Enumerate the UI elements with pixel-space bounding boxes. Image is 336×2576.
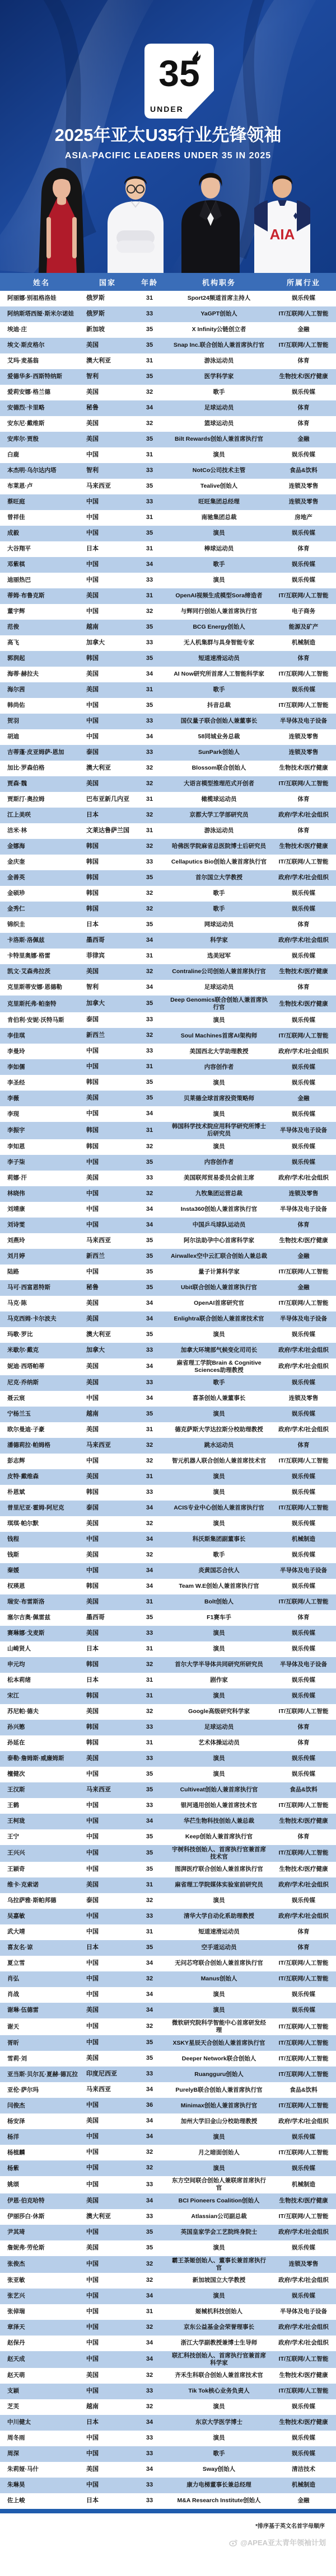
- cell-country: 中国: [83, 1818, 132, 1825]
- cell-age: 31: [132, 1692, 167, 1700]
- cell-age: 34: [132, 1221, 167, 1229]
- cell-age: 31: [132, 1063, 167, 1071]
- cell-country: 美国: [83, 420, 132, 428]
- cell-position: 贝莱德全球首席投资策略师: [167, 1094, 271, 1103]
- cell-age: 32: [132, 1442, 167, 1450]
- cell-country: 加拿大: [83, 1000, 132, 1008]
- cell-name: 李圣经: [0, 1079, 83, 1087]
- table-row: 安库尔·贾殷 美国 35 Bilt Rewards创始人兼首席执行官 金融: [0, 432, 336, 447]
- cell-name: 钱程: [0, 1536, 83, 1543]
- cell-age: 33: [132, 2181, 167, 2189]
- cell-age: 33: [132, 2497, 167, 2505]
- table-row: 克里斯蒂安娜·恩德勒 智利 34 足球运动员 体育: [0, 980, 336, 996]
- cell-age: 32: [132, 2023, 167, 2031]
- cell-name: 林晓伟: [0, 1190, 83, 1197]
- cell-name: 秦媛: [0, 1567, 83, 1574]
- cell-country: 日本: [83, 545, 132, 553]
- cell-industry: 娱乐传媒: [271, 1551, 336, 1559]
- cell-name: 亚伦·萨尔玛: [0, 2087, 83, 2094]
- cell-age: 34: [132, 937, 167, 945]
- cell-country: 日本: [83, 1677, 132, 1685]
- cell-industry: 体育: [271, 655, 336, 662]
- cell-position: 演员: [167, 1409, 271, 1419]
- cell-name: 申元均: [0, 1661, 83, 1668]
- cell-industry: 机械制造: [271, 2181, 336, 2188]
- cell-country: 中国: [83, 1190, 132, 1198]
- cell-country: 韩国: [83, 905, 132, 913]
- cell-name: 尼克·乔纳斯: [0, 1379, 83, 1386]
- cell-age: 34: [132, 2197, 167, 2205]
- cell-name: 金秀仁: [0, 905, 83, 913]
- column-header-name: 姓名: [0, 277, 83, 287]
- cell-age: 31: [132, 1881, 167, 1889]
- cell-industry: 食品&饮料: [271, 2087, 336, 2094]
- cell-country: 中国: [83, 1536, 132, 1544]
- cell-country: 中国: [83, 2023, 132, 2031]
- cell-country: 中国: [83, 1457, 132, 1465]
- cell-country: 韩国: [83, 1079, 132, 1087]
- cell-country: 中国: [83, 2181, 132, 2189]
- cell-age: 33: [132, 639, 167, 647]
- cell-country: 日本: [83, 1944, 132, 1952]
- column-header-position: 机构职务: [167, 277, 271, 287]
- cell-age: 35: [132, 2244, 167, 2252]
- cell-industry: 生物技术/医疗健康: [271, 1866, 336, 1873]
- table-row: 胥昕 中国 35 XSKY星辰天合创始人兼首席执行官 IT/互联网/人工智能: [0, 2035, 336, 2051]
- cell-name: 潘德莉拉·帕姆格: [0, 1442, 83, 1449]
- cell-name: 爱莉安娜·格兰德: [0, 389, 83, 396]
- cell-country: 美国: [83, 1473, 132, 1481]
- cell-industry: 娱乐传媒: [271, 389, 336, 396]
- cell-age: 32: [132, 780, 167, 788]
- cell-name: 张亚敏: [0, 2277, 83, 2284]
- cell-position: 歌手: [167, 1550, 271, 1560]
- cell-country: 智利: [83, 467, 132, 475]
- cell-name: 海蒂·赫拉夫: [0, 671, 83, 678]
- cell-industry: IT/互联网/人工智能: [271, 1598, 336, 1606]
- cell-age: 34: [132, 1818, 167, 1825]
- cell-industry: 电子商务: [271, 608, 336, 615]
- cell-position: 演员: [167, 2006, 271, 2015]
- cell-industry: 娱乐传媒: [271, 1379, 336, 1386]
- cell-industry: 政府/学术/社会组织: [271, 1174, 336, 1182]
- cell-age: 33: [132, 2450, 167, 2458]
- cell-position: 内容创作者: [167, 1158, 271, 1167]
- cell-country: 巴布亚新几内亚: [83, 796, 132, 804]
- cell-position: 与辉同行创始人兼首席执行官: [167, 607, 271, 616]
- cell-country: 中国: [83, 2356, 132, 2363]
- cell-country: 中国: [83, 1833, 132, 1841]
- cell-industry: 体育: [271, 1724, 336, 1731]
- cell-country: 美国: [83, 1551, 132, 1559]
- cell-country: 中国: [83, 2261, 132, 2268]
- cell-name: 安库尔·贾殷: [0, 436, 83, 443]
- table-row: 刘燕玲 马来西亚 35 阿尔法助孕中心首席科学家 生物技术/医疗健康: [0, 1233, 336, 1249]
- cell-age: 34: [132, 1315, 167, 1323]
- cell-position: Minimax创始人兼首席执行官: [167, 2101, 271, 2111]
- cell-name: 凯文·艾森弗拉茨: [0, 968, 83, 975]
- cell-age: 32: [132, 2261, 167, 2268]
- cell-age: 31: [132, 686, 167, 694]
- cell-age: 31: [132, 952, 167, 960]
- table-row: 埃文·斯皮格尔 美国 35 Snap Inc.联合创始人兼首席执行官 IT/互联…: [0, 338, 336, 353]
- cell-name: 迪丽热巴: [0, 577, 83, 584]
- cell-industry: IT/互联网/人工智能: [271, 1268, 336, 1276]
- cell-age: 34: [132, 1363, 167, 1371]
- cell-industry: IT/互联网/人工智能: [271, 2149, 336, 2157]
- cell-position: 演员: [167, 1896, 271, 1905]
- cell-industry: 娱乐传媒: [271, 1771, 336, 1778]
- cell-country: 美国: [83, 1426, 132, 1434]
- cell-age: 33: [132, 1913, 167, 1921]
- cell-country: 中国: [83, 1567, 132, 1575]
- cell-position: Tealive创始人: [167, 482, 271, 491]
- sorting-footnote: *排序基于英文名首字母顺序: [255, 2521, 325, 2530]
- cell-age: 35: [132, 1786, 167, 1794]
- cell-position: 艺术体操运动员: [167, 1738, 271, 1748]
- cell-name: 肯伯利·安妮·沃特马斯: [0, 1017, 83, 1024]
- cell-country: 美国: [83, 436, 132, 444]
- cell-position: BCG Energy创始人: [167, 622, 271, 632]
- cell-position: NotCo公司技术主管: [167, 466, 271, 475]
- cell-name: 塞尔吉奥·佩雷兹: [0, 1614, 83, 1621]
- cell-age: 33: [132, 1174, 167, 1182]
- cell-name: 刘诗雯: [0, 1221, 83, 1229]
- cell-position: PurelyB联合创始人兼首席执行官: [167, 2086, 271, 2095]
- cell-age: 32: [132, 1708, 167, 1716]
- cell-position: Deep Genomics联合创始人兼首席执行官: [167, 996, 271, 1012]
- cell-industry: 金融: [271, 1095, 336, 1102]
- cell-industry: 娱乐传媒: [271, 2450, 336, 2457]
- cell-position: OpenAI首席研究官: [167, 1299, 271, 1308]
- cell-country: 墨西哥: [83, 937, 132, 945]
- cell-age: 33: [132, 858, 167, 866]
- cell-country: 中国: [83, 2435, 132, 2442]
- cell-industry: IT/互联网/人工智能: [271, 1032, 336, 1040]
- cell-name: 李知恩: [0, 1143, 83, 1150]
- cell-country: 中国: [83, 2324, 132, 2332]
- table-row: 张亚敏 中国 32 新加坡国立大学教授 政府/学术/社会组织: [0, 2273, 336, 2289]
- cell-name: 王宁: [0, 1833, 83, 1841]
- cell-name: 李振宇: [0, 1127, 83, 1134]
- cell-country: 加拿大: [83, 639, 132, 647]
- cell-position: 浙江大学副教授兼博士生导师: [167, 2338, 271, 2348]
- cell-position: 网球运动员: [167, 920, 271, 930]
- table-row: 大谷翔平 日本 31 棒球运动员 体育: [0, 541, 336, 557]
- table-row: 申元均 韩国 32 首尔大学半导体共同研究所研究员 半导体及电子设备: [0, 1657, 336, 1673]
- table-row: 阿纳斯塔西娅·斯米尔诺娃 俄罗斯 33 YaGPT创始人 IT/互联网/人工智能: [0, 306, 336, 322]
- cell-country: 俄罗斯: [83, 295, 132, 303]
- cell-industry: IT/互联网/人工智能: [271, 702, 336, 709]
- cell-age: 35: [132, 1850, 167, 1857]
- cell-position: 京都大学工学部研究员: [167, 810, 271, 820]
- table-row: 维卡·克索诺 美国 31 麻省理工学院媒体实验室前研究员 政府/学术/社会组织: [0, 1877, 336, 1893]
- cell-industry: 生物技术/医疗健康: [271, 1818, 336, 1825]
- cell-country: 中国: [83, 1206, 132, 1214]
- cell-country: 中国: [83, 577, 132, 584]
- cell-country: 美国: [83, 2466, 132, 2474]
- cell-position: 篮球运动员: [167, 419, 271, 428]
- cell-name: 佐上峻: [0, 2497, 83, 2504]
- cell-age: 31: [132, 1598, 167, 1606]
- cell-position: 加拿大环境部气候变化司司长: [167, 1346, 271, 1355]
- cell-age: 35: [132, 1079, 167, 1087]
- cell-industry: 连锁及零售: [271, 483, 336, 490]
- table-row: 卡特里奥娜·格雷 菲律宾 31 选美冠军 娱乐传媒: [0, 949, 336, 964]
- cell-position: Airwallex空中云汇联合创始人兼总裁: [167, 1252, 271, 1261]
- cell-position: 月之暗面创始人: [167, 2148, 271, 2158]
- cell-industry: 政府/学术/社会组织: [271, 1913, 336, 1920]
- cell-name: 喜友名·谅: [0, 1944, 83, 1951]
- cell-age: 35: [132, 874, 167, 882]
- cell-age: 35: [132, 326, 167, 334]
- cell-age: 31: [132, 1127, 167, 1135]
- cell-country: 美国: [83, 780, 132, 788]
- cell-country: 中国: [83, 733, 132, 741]
- cell-industry: 半导体及电子设备: [271, 1661, 336, 1668]
- table-row: 乌拉萨雅·斯帕邦德 泰国 32 演员 娱乐传媒: [0, 1893, 336, 1909]
- cell-industry: 娱乐传媒: [271, 1410, 336, 1418]
- bottom-divider-bar: [0, 2509, 336, 2513]
- column-header-age: 年龄: [132, 277, 167, 287]
- cell-country: 中国: [83, 2481, 132, 2489]
- table-row: 安东尼·戴维斯 美国 32 篮球运动员 体育: [0, 416, 336, 432]
- cell-age: 35: [132, 1094, 167, 1102]
- cell-age: 34: [132, 1536, 167, 1544]
- cell-country: 美国: [83, 1300, 132, 1308]
- cell-country: 中国: [83, 608, 132, 616]
- cell-industry: 生物技术/医疗健康: [271, 2197, 336, 2205]
- cell-age: 35: [132, 1410, 167, 1418]
- cell-country: 中国: [83, 1991, 132, 1999]
- cell-age: 34: [132, 2007, 167, 2014]
- table-row: 闫俊杰 中国 36 Minimax创始人兼首席执行官 IT/互联网/人工智能: [0, 2098, 336, 2113]
- cell-age: 33: [132, 1379, 167, 1387]
- cell-country: 日本: [83, 2497, 132, 2505]
- cell-position: X Infinity公链创立者: [167, 325, 271, 334]
- cell-age: 33: [132, 2070, 167, 2078]
- cell-country: 新西兰: [83, 1253, 132, 1261]
- cell-name: 赵天成: [0, 2356, 83, 2363]
- cell-country: 美国: [83, 1520, 132, 1528]
- cell-position: 无人机集群与具身智能专家: [167, 638, 271, 648]
- cell-position: Tik Tok核心业务负责人: [167, 2386, 271, 2396]
- cell-age: 34: [132, 561, 167, 569]
- cell-position: Ubit联合创始人兼首席执行官: [167, 1283, 271, 1292]
- cell-age: 33: [132, 1347, 167, 1355]
- table-row: 孙兴慜 韩国 33 足球运动员 体育: [0, 1720, 336, 1735]
- cell-age: 34: [132, 1395, 167, 1403]
- cell-industry: 房地产: [271, 514, 336, 521]
- cell-position: 歌手: [167, 685, 271, 695]
- cell-name: 詹妮弗·劳伦斯: [0, 2244, 83, 2252]
- cell-industry: 政府/学术/社会组织: [271, 1426, 336, 1433]
- cell-name: 爱德华多·西斯特纳斯: [0, 373, 83, 380]
- cell-industry: 娱乐传媒: [271, 1489, 336, 1496]
- cell-age: 34: [132, 984, 167, 992]
- cell-age: 32: [132, 1551, 167, 1559]
- cell-name: 李薇: [0, 1095, 83, 1102]
- cell-country: 日本: [83, 2419, 132, 2427]
- cell-position: Google高级研究科学家: [167, 1707, 271, 1716]
- cell-country: 美国: [83, 1174, 132, 1182]
- cell-country: 智利: [83, 984, 132, 992]
- table-row: 詹妮弗·劳伦斯 美国 35 演员 娱乐传媒: [0, 2240, 336, 2256]
- cell-name: 赵天萌: [0, 2372, 83, 2379]
- cell-age: 34: [132, 1991, 167, 1999]
- table-row: 阿丽娜·别祖格洛娃 俄罗斯 31 Sport24频道首席主持人 娱乐传媒: [0, 291, 336, 306]
- cell-country: 泰国: [83, 1897, 132, 1905]
- cell-name: 海尔茜: [0, 686, 83, 693]
- cell-name: 王柯珑: [0, 1818, 83, 1825]
- cell-name: 锦织圭: [0, 921, 83, 928]
- cell-name: 李曼玲: [0, 1048, 83, 1055]
- cell-age: 35: [132, 530, 167, 537]
- cell-country: 新加坡: [83, 326, 132, 334]
- cell-age: 34: [132, 2419, 167, 2427]
- cell-age: 34: [132, 733, 167, 741]
- cell-age: 35: [132, 1268, 167, 1276]
- cell-name: 宁杨兰玉: [0, 1410, 83, 1418]
- table-row: 海尔茜 美国 31 歌手 娱乐传媒: [0, 682, 336, 698]
- cell-country: 马来西亚: [83, 1237, 132, 1245]
- table-row: 李如儒 中国 31 内容创作者 娱乐传媒: [0, 1059, 336, 1075]
- cell-name: 埃迪·庄: [0, 326, 83, 333]
- cell-country: 中国: [83, 1802, 132, 1810]
- cell-name: 韩尚佑: [0, 702, 83, 709]
- cell-industry: 金融: [271, 1253, 336, 1260]
- cell-name: 聂云宸: [0, 1395, 83, 1402]
- cell-industry: IT/互联网/人工智能: [271, 2040, 336, 2047]
- cell-country: 泰国: [83, 1504, 132, 1512]
- cell-position: 南驰集团总裁: [167, 513, 271, 522]
- cell-name: 夏立雪: [0, 1960, 83, 1967]
- cell-name: 克里斯蒂安娜·恩德勒: [0, 984, 83, 991]
- hero-banner: 35 UNDER 2025年亚太U35行业先锋领袖 ASIA-PACIFIC L…: [0, 0, 336, 273]
- cell-country: 美国: [83, 1598, 132, 1606]
- cell-name: 王汉斯: [0, 1786, 83, 1794]
- cell-position: 演员: [167, 1770, 271, 1779]
- cell-industry: 娱乐传媒: [271, 2165, 336, 2172]
- cell-name: 金庆奎: [0, 858, 83, 866]
- cell-industry: 政府/学术/社会组织: [271, 874, 336, 881]
- table-row: 赛琳娜·戈麦斯 美国 33 演员 娱乐传媒: [0, 1626, 336, 1641]
- cell-name: 范俊: [0, 624, 83, 631]
- cell-industry: 政府/学术/社会组织: [271, 2118, 336, 2125]
- table-row: 谢天 中国 32 微软研究院科学智能中心首席研发经理 IT/互联网/人工智能: [0, 2018, 336, 2035]
- cell-position: 德克萨斯大学达拉斯分校助理教授: [167, 1425, 271, 1435]
- table-row: 周深 中国 33 歌手 娱乐传媒: [0, 2446, 336, 2462]
- cell-name: 刘月婷: [0, 1253, 83, 1260]
- cell-country: 中国: [83, 2339, 132, 2347]
- cell-industry: 连锁及零售: [271, 749, 336, 756]
- cell-name: 陆路: [0, 1268, 83, 1276]
- cell-age: 35: [132, 2039, 167, 2047]
- cell-name: 布莱恩·卢: [0, 483, 83, 490]
- cell-country: 中国: [83, 2229, 132, 2237]
- cell-industry: 政府/学术/社会组织: [271, 2324, 336, 2331]
- cell-name: 苏尼帕·德夫: [0, 1708, 83, 1715]
- table-row: 刘靖康 中国 34 Insta360创始人兼首席执行官 半导体及电子设备: [0, 1202, 336, 1218]
- cell-name: 本杰明·乌尔达内塔: [0, 467, 83, 474]
- cell-industry: 体育: [271, 921, 336, 928]
- cell-name: 金硕珍: [0, 890, 83, 897]
- cell-country: 马来西亚: [83, 1442, 132, 1450]
- cell-industry: 半导体及电子设备: [271, 1127, 336, 1134]
- cell-industry: 体育: [271, 1928, 336, 1936]
- cell-country: 美国: [83, 2007, 132, 2014]
- cell-industry: 连锁及零售: [271, 1190, 336, 1197]
- table-row: 爱德华多·西斯特纳斯 智利 35 医学科学家 生物技术/医疗健康: [0, 369, 336, 385]
- cell-position: 演员: [167, 1330, 271, 1339]
- cell-age: 35: [132, 702, 167, 710]
- cell-age: 32: [132, 389, 167, 397]
- cell-position: 歌手: [167, 889, 271, 898]
- cell-position: 空手道运动员: [167, 1943, 271, 1952]
- cell-country: 韩国: [83, 1143, 132, 1151]
- cell-industry: 半导体及电子设备: [271, 1315, 336, 1323]
- table-row: 赵保丹 中国 34 浙江大学副教授兼博士生导师 政府/学术/社会组织: [0, 2336, 336, 2351]
- cell-country: 越南: [83, 2403, 132, 2411]
- cell-position: Deeper Network联合创始人: [167, 2054, 271, 2064]
- cell-country: 中国: [83, 1268, 132, 1276]
- cell-position: Ruangguru创始人: [167, 2070, 271, 2079]
- cell-age: 31: [132, 2308, 167, 2316]
- cell-name: 安德烈·卡里略: [0, 404, 83, 412]
- table-row: 布莱恩·卢 马来西亚 35 Tealive创始人 连锁及零售: [0, 479, 336, 494]
- cell-industry: IT/互联网/人工智能: [271, 671, 336, 678]
- cell-name: 郭润起: [0, 655, 83, 662]
- cell-age: 32: [132, 1143, 167, 1151]
- cell-name: 赛琳娜·戈麦斯: [0, 1630, 83, 1637]
- cell-name: 卡特里奥娜·格雷: [0, 952, 83, 960]
- cell-industry: 娱乐传媒: [271, 1520, 336, 1527]
- cell-name: 刘燕玲: [0, 1237, 83, 1244]
- cell-country: 美国: [83, 592, 132, 600]
- cell-position: 演员: [167, 1142, 271, 1152]
- cell-industry: IT/互联网/人工智能: [271, 858, 336, 866]
- cell-position: 歌手: [167, 388, 271, 397]
- cell-name: 曾祥佳: [0, 514, 83, 521]
- cell-age: 35: [132, 483, 167, 490]
- table-row: 松本莉绪 日本 31 剧作家 娱乐传媒: [0, 1673, 336, 1688]
- table-row: 成毅 中国 35 演员 娱乐传媒: [0, 526, 336, 541]
- cell-position: Bolt创始人: [167, 1597, 271, 1607]
- cell-country: 中国: [83, 702, 132, 710]
- table-row: 安德烈·卡里略 秘鲁 34 足球运动员 体育: [0, 400, 336, 416]
- table-row: 李圣经 韩国 35 演员 娱乐传媒: [0, 1075, 336, 1091]
- table-row: 范俊 越南 35 BCG Energy创始人 能源及矿产: [0, 620, 336, 635]
- cell-name: 吉蒂蓬·皮亚姆萨-恩加: [0, 749, 83, 756]
- table-row: 王宁 中国 35 Keep创始人兼首席执行官 体育: [0, 1829, 336, 1845]
- cell-age: 33: [132, 1489, 167, 1497]
- table-row: 周冬雨 中国 33 演员 娱乐传媒: [0, 2431, 336, 2446]
- cell-name: 李佳琪: [0, 1032, 83, 1040]
- cell-position: 歌手: [167, 2449, 271, 2459]
- cell-country: 韩国: [83, 890, 132, 898]
- cell-name: 王颖奇: [0, 1866, 83, 1873]
- cell-position: 哈佛医学院麻省总医院博士后研究员: [167, 842, 271, 851]
- cell-name: 埃文·斯皮格尔: [0, 342, 83, 349]
- table-row: 宋江 韩国 31 演员 娱乐传媒: [0, 1688, 336, 1704]
- table-row: 埃迪·庄 新加坡 35 X Infinity公链创立者 金融: [0, 322, 336, 338]
- cell-position: 演员: [167, 1644, 271, 1654]
- cell-position: 齐禾生科联合创始人兼首席技术官: [167, 2371, 271, 2380]
- cell-country: 墨西哥: [83, 1614, 132, 1622]
- cell-industry: 食品&饮料: [271, 1786, 336, 1794]
- cell-name: 权瑛恩: [0, 1583, 83, 1590]
- table-header: 姓名 国家 年龄 机构职务 所属行业: [0, 273, 336, 291]
